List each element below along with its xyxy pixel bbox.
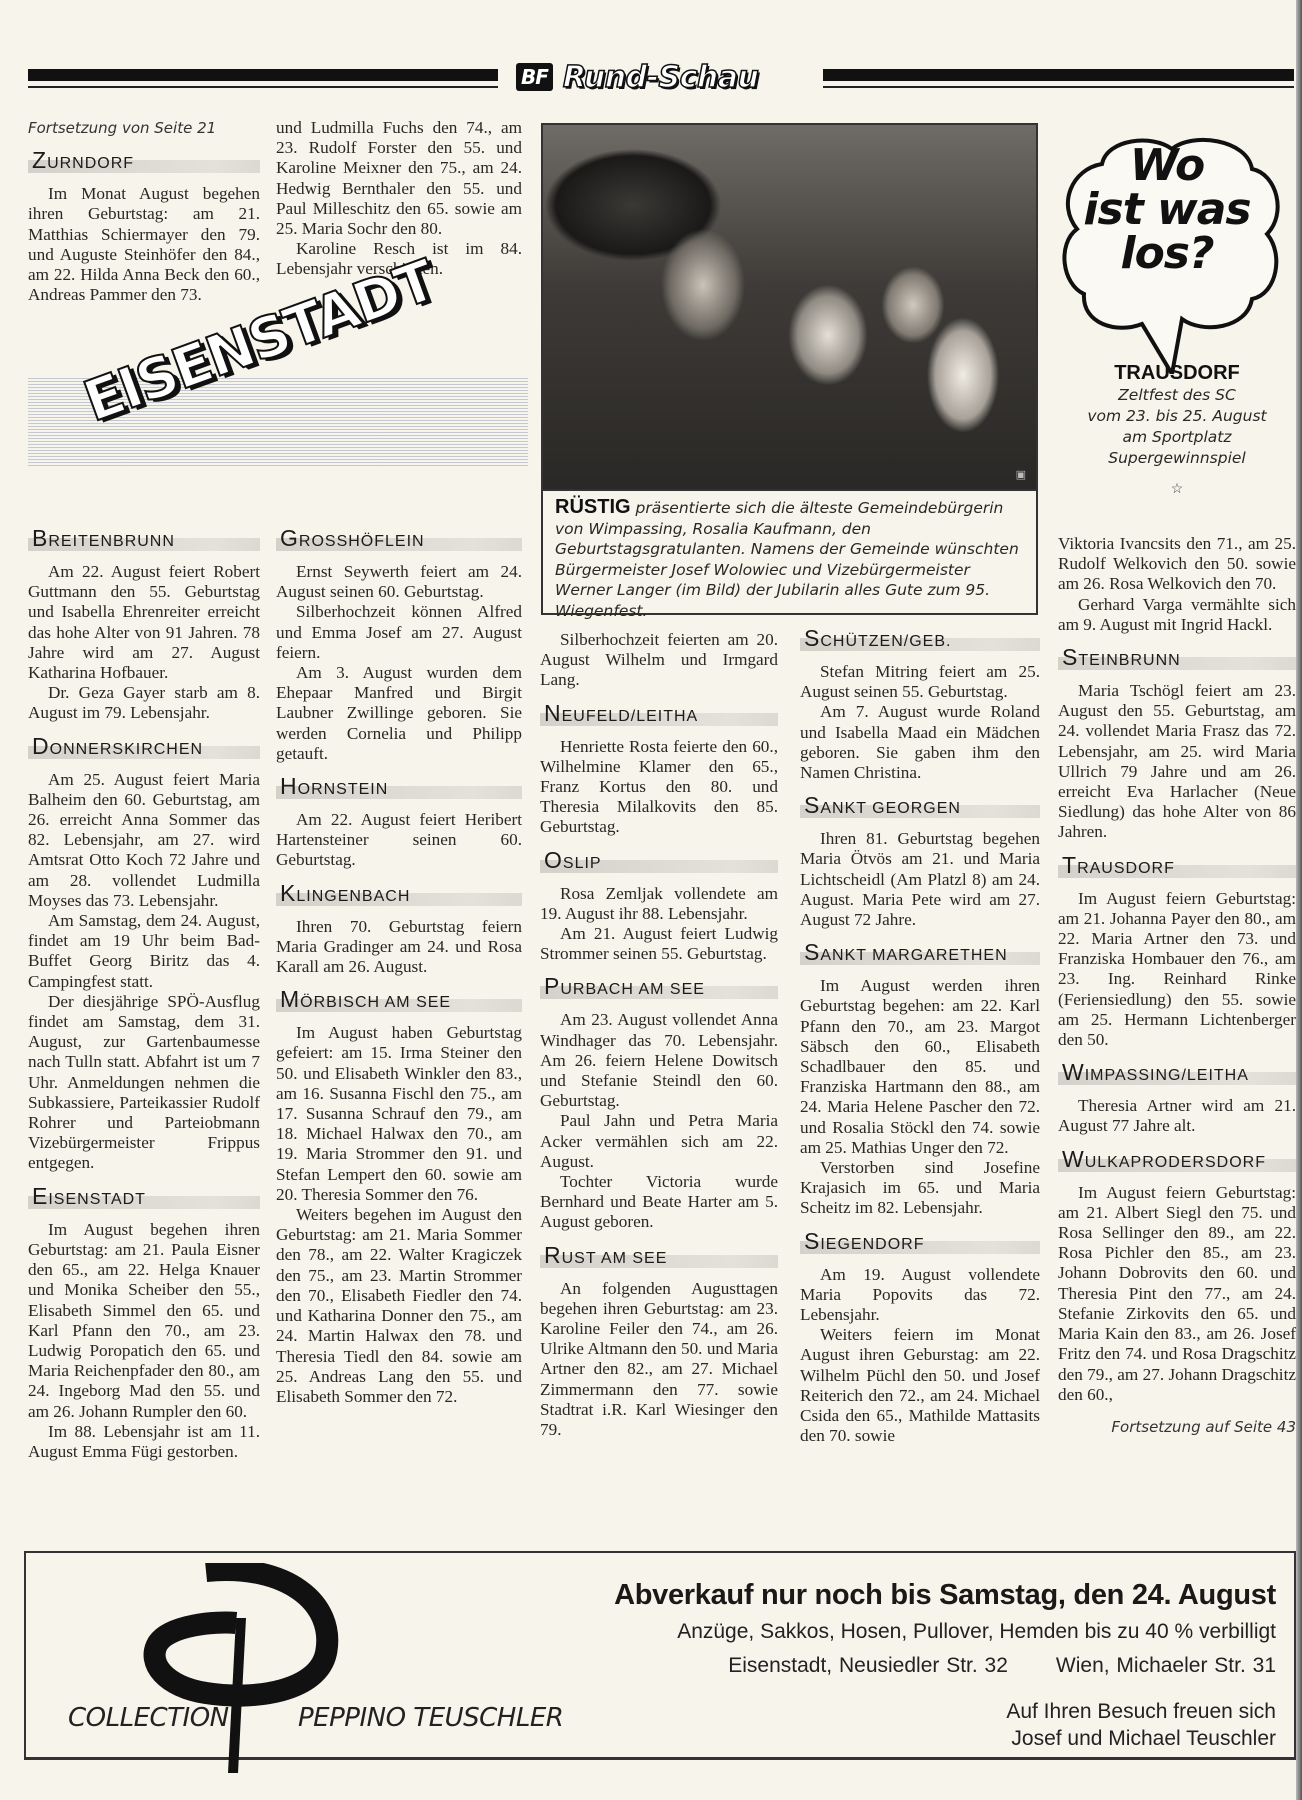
article-paragraph: Silberhochzeit können Alfred und Emma Jo…: [276, 602, 522, 663]
section-title: Siegendorf: [800, 1231, 1040, 1255]
article-paragraph: Verstorben sind Josefine Krajasich im 65…: [800, 1158, 1040, 1219]
ad-thanks: Auf Ihren Besuch freuen sich Josef und M…: [614, 1698, 1276, 1752]
column-1: Breitenbrunn Am 22. August feiert Robert…: [28, 516, 260, 1462]
caption-lead: RÜSTIG: [555, 496, 631, 518]
event-line: am Sportplatz: [1058, 427, 1296, 448]
event-line: Supergewinnspiel: [1058, 448, 1296, 469]
article-paragraph: Ihren 81. Geburtstag begehen Maria Ötvös…: [800, 829, 1040, 930]
article-paragraph: Dr. Geza Gayer starb am 8. August im 79.…: [28, 683, 260, 723]
ad-copy: Abverkauf nur noch bis Samstag, den 24. …: [614, 1579, 1276, 1752]
section-title: Wimpassing/Leitha: [1058, 1062, 1296, 1086]
section-heading-schuetzen: Schützen/Geb.: [800, 628, 1040, 652]
article-paragraph: Theresia Artner wird am 21. August 77 Ja…: [1058, 1096, 1296, 1136]
article-paragraph: Silberhochzeit feierten am 20. August Wi…: [540, 630, 778, 691]
section-title: Rust am See: [540, 1245, 778, 1269]
news-photo: ▣: [541, 123, 1038, 491]
eisenstadt-banner: EISENSTADT: [28, 378, 528, 488]
bubble-line: ist was: [1062, 188, 1272, 232]
section-heading-klingenbach: Klingenbach: [276, 883, 522, 907]
article-paragraph: Im August feiern Geburtstag: am 21. Joha…: [1058, 889, 1296, 1051]
article-paragraph: Am 22. August feiert Heribert Hartenstei…: [276, 810, 522, 871]
section-title: Neufeld/Leitha: [540, 703, 778, 727]
section-heading-breitenbrunn: Breitenbrunn: [28, 528, 260, 552]
article-paragraph: Tochter Victoria wurde Bernhard und Beat…: [540, 1172, 778, 1233]
article-paragraph: Am 22. August feiert Robert Guttmann den…: [28, 562, 260, 683]
section-title: Mörbisch am See: [276, 989, 522, 1013]
masthead-rule-left: [28, 69, 498, 81]
article-paragraph: und Ludmilla Fuchs den 74., am 23. Rudol…: [276, 118, 522, 239]
section-title: Purbach am See: [540, 976, 778, 1000]
masthead: BF Rund-Schau: [28, 66, 1294, 94]
continued-on-note: Fortsetzung auf Seite 43: [1058, 1417, 1296, 1437]
section-title: Eisenstadt: [28, 1186, 260, 1210]
section-title: Breitenbrunn: [28, 528, 260, 552]
section-title: Donnerskirchen: [28, 736, 260, 760]
bubble-line: Wo: [1062, 144, 1272, 188]
masthead-logo: BF Rund-Schau: [516, 60, 758, 94]
article-paragraph: Im August begehen ihren Geburtstag: am 2…: [28, 1220, 260, 1422]
continued-from-note: Fortsetzung von Seite 21: [28, 118, 260, 138]
section-heading-eisenstadt: Eisenstadt: [28, 1186, 260, 1210]
section-heading-wulkaprodersdorf: Wulkaprodersdorf: [1058, 1149, 1296, 1173]
section-heading-grosshoeflein: Grosshöflein: [276, 528, 522, 552]
section-title: Oslip: [540, 850, 778, 874]
article-paragraph: Henriette Rosta feierte den 60., Wilhelm…: [540, 737, 778, 838]
event-title: TRAUSDORF: [1058, 362, 1296, 385]
article-paragraph: Im Monat August begehen ihren Geburtstag…: [28, 184, 260, 305]
section-heading-oslip: Oslip: [540, 850, 778, 874]
column-2: Grosshöflein Ernst Seywerth feiert am 24…: [276, 516, 522, 1407]
article-paragraph: Am 23. August vollendet Anna Windhager d…: [540, 1010, 778, 1111]
article-paragraph: Am 3. August wurden dem Ehepaar Manfred …: [276, 663, 522, 764]
article-paragraph: Im August werden ihren Geburtstag begehe…: [800, 976, 1040, 1158]
article-paragraph: Weiters feiern im Monat August ihren Geb…: [800, 1325, 1040, 1446]
section-heading-purbach: Purbach am See: [540, 976, 778, 1000]
article-paragraph: Am 25. August feiert Maria Balheim den 6…: [28, 770, 260, 911]
bubble-line: los?: [1062, 232, 1272, 276]
column-3: Silberhochzeit feierten am 20. August Wi…: [540, 630, 778, 1440]
ad-subline: Anzüge, Sakkos, Hosen, Pullover, Hemden …: [614, 1620, 1276, 1644]
section-title: Wulkaprodersdorf: [1058, 1149, 1296, 1173]
star-separator-icon: ☆: [1058, 481, 1296, 498]
brand-name: PEPPINO TEUSCHLER: [298, 1703, 563, 1733]
article-paragraph: Im 88. Lebensjahr ist am 11. August Emma…: [28, 1422, 260, 1462]
section-title: Sankt Margarethen: [800, 942, 1040, 966]
section-heading-donnerskirchen: Donnerskirchen: [28, 736, 260, 760]
section-heading-hornstein: Hornstein: [276, 776, 522, 800]
bubble-text: Wo ist was los?: [1062, 144, 1272, 276]
article-paragraph: Paul Jahn und Petra Maria Acker vermähle…: [540, 1111, 778, 1172]
section-heading-rust: Rust am See: [540, 1245, 778, 1269]
section-heading-neufeld: Neufeld/Leitha: [540, 703, 778, 727]
section-heading-moerbisch: Mörbisch am See: [276, 989, 522, 1013]
masthead-title: Rund-Schau: [563, 60, 758, 95]
event-listing: TRAUSDORF Zeltfest des SC vom 23. bis 25…: [1058, 362, 1296, 498]
section-heading-steinbrunn: Steinbrunn: [1058, 647, 1296, 671]
article-paragraph: Weiters begehen im August den Geburtstag…: [276, 1205, 522, 1407]
article-paragraph: Am 7. August wurde Roland und Isabella M…: [800, 702, 1040, 783]
column-4: Schützen/Geb. Stefan Mitring feiert am 2…: [800, 622, 1040, 1447]
page-edge-shadow: [1296, 0, 1302, 1800]
address-eisenstadt: Eisenstadt, Neusiedler Str. 32: [728, 1654, 1008, 1677]
section-title: Trausdorf: [1058, 855, 1296, 879]
article-paragraph: Am Samstag, dem 24. August, findet am 19…: [28, 911, 260, 992]
section-title: Zurndorf: [28, 150, 260, 174]
section-heading-sankt-georgen: Sankt Georgen: [800, 795, 1040, 819]
brand-collection: COLLECTION: [68, 1703, 229, 1733]
speech-bubble-graphic: Wo ist was los?: [1062, 134, 1284, 374]
section-heading-wimpassing: Wimpassing/Leitha: [1058, 1062, 1296, 1086]
article-paragraph: Maria Tschögl feiert am 23. August den 5…: [1058, 681, 1296, 843]
section-heading-zurndorf: Zurndorf: [28, 150, 260, 174]
ad-headline: Abverkauf nur noch bis Samstag, den 24. …: [614, 1579, 1276, 1612]
masthead-thin-rule-left: [28, 86, 498, 88]
article-paragraph: Am 19. August vollendete Maria Popovits …: [800, 1265, 1040, 1326]
photo-placeholder-icon: ▣: [1016, 468, 1026, 481]
section-heading-siegendorf: Siegendorf: [800, 1231, 1040, 1255]
section-title: Sankt Georgen: [800, 795, 1040, 819]
article-paragraph: An folgenden Augusttagen begehen ihren G…: [540, 1279, 778, 1441]
masthead-rule-right: [823, 69, 1294, 81]
bf-badge: BF: [516, 63, 553, 91]
article-paragraph: Rosa Zemljak vollendete am 19. August ih…: [540, 884, 778, 924]
article-paragraph: Ihren 70. Geburtstag feiern Maria Gradin…: [276, 917, 522, 978]
address-wien: Wien, Michaeler Str. 31: [1056, 1654, 1276, 1677]
section-title: Hornstein: [276, 776, 522, 800]
advertisement: COLLECTION PEPPINO TEUSCHLER Abverkauf n…: [24, 1551, 1296, 1760]
section-title: Grosshöflein: [276, 528, 522, 552]
article-paragraph: Gerhard Varga vermählte sich am 9. Augus…: [1058, 595, 1296, 635]
event-line: vom 23. bis 25. August: [1058, 406, 1296, 427]
ad-addresses: Eisenstadt, Neusiedler Str. 32Wien, Mich…: [614, 1654, 1276, 1678]
article-paragraph: Stefan Mitring feiert am 25. August sein…: [800, 662, 1040, 702]
article-paragraph: Am 21. August feiert Ludwig Strommer sei…: [540, 924, 778, 964]
column-5: Viktoria Ivancsits den 71., am 25. Rudol…: [1058, 534, 1296, 1441]
article-paragraph: Im August haben Geburtstag gefeiert: am …: [276, 1023, 522, 1205]
column-1-top: Fortsetzung von Seite 21 Zurndorf Im Mon…: [28, 118, 260, 305]
event-line: Zeltfest des SC: [1058, 385, 1296, 406]
article-paragraph: Viktoria Ivancsits den 71., am 25. Rudol…: [1058, 534, 1296, 595]
thanks-line: Josef und Michael Teuschler: [614, 1725, 1276, 1752]
section-title: Schützen/Geb.: [800, 628, 1040, 652]
article-paragraph: Der diesjährige SPÖ-Ausflug findet am Sa…: [28, 992, 260, 1174]
article-paragraph: Ernst Seywerth feiert am 24. August sein…: [276, 562, 522, 602]
section-title: Steinbrunn: [1058, 647, 1296, 671]
article-paragraph: Im August feiern Geburtstag: am 21. Albe…: [1058, 1183, 1296, 1405]
masthead-thin-rule-right: [823, 86, 1294, 88]
thanks-line: Auf Ihren Besuch freuen sich: [614, 1698, 1276, 1725]
section-heading-sankt-margarethen: Sankt Margarethen: [800, 942, 1040, 966]
section-title: Klingenbach: [276, 883, 522, 907]
peppino-logo-icon: [136, 1563, 346, 1773]
section-heading-trausdorf: Trausdorf: [1058, 855, 1296, 879]
photo-caption: RÜSTIG präsentierte sich die älteste Gem…: [541, 491, 1038, 615]
